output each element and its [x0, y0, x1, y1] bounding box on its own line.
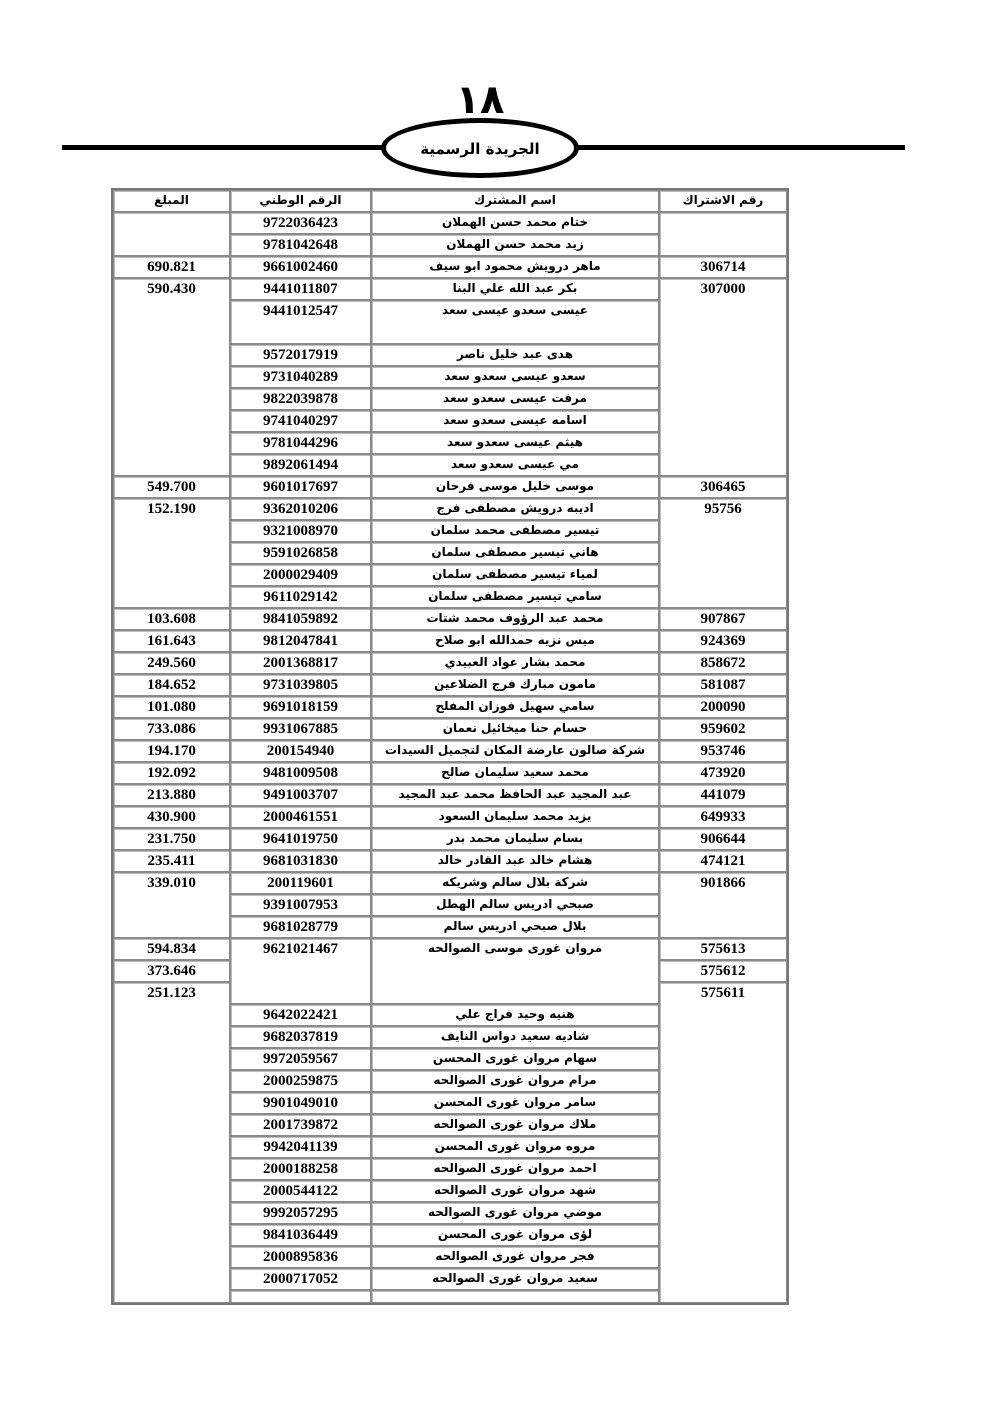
table-row-person: موضي مروان غورى الصوالحه	[371, 1202, 659, 1224]
amount-value: 339.010	[147, 873, 196, 893]
subscriber-name: تيسير مصطفى محمد سلمان	[431, 521, 600, 540]
subscriber-name: شركة صالون عارضة المكان لتجميل السيدات	[385, 741, 645, 760]
account-amount: 152.190	[113, 498, 230, 608]
subscriber-name: يزيد محمد سليمان السعود	[439, 807, 592, 826]
national-id: 9841059892	[263, 609, 338, 629]
national-id: 2000461551	[263, 807, 338, 827]
table-row-person: 9781042648	[230, 234, 371, 256]
national-id: 200154940	[267, 741, 335, 761]
account-subscription: 306465	[659, 476, 787, 498]
account-subscription: 575613	[659, 938, 787, 960]
subscriber-name: محمد بشار عواد العبيدي	[445, 653, 586, 672]
national-id: 2000188258	[263, 1159, 338, 1179]
account-subscription	[659, 212, 787, 256]
page-number: ١٨	[440, 80, 520, 120]
subscription-value: 858672	[701, 653, 746, 673]
table-row-person: 9572017919	[230, 344, 371, 366]
subscriber-name: سعدو عيسى سعدو سعد	[444, 367, 585, 386]
account-amount: 235.411	[113, 850, 230, 872]
amount-value: 152.190	[147, 499, 196, 519]
subscriber-name: عبد المجيد عبد الحافظ محمد عبد المجيد	[399, 785, 632, 804]
table-row-person: مروان غورى موسى الصوالحه	[371, 938, 659, 1004]
table-row-person: هاني تيسير مصطفى سلمان	[371, 542, 659, 564]
account-subscription: 474121	[659, 850, 787, 872]
subscriber-name: زيد محمد حسن الهملان	[446, 235, 584, 254]
subscription-value: 924369	[701, 631, 746, 651]
table-row-person: مرفت عيسى سعدو سعد	[371, 388, 659, 410]
table-row-person: 9901049010	[230, 1092, 371, 1114]
table-row-person: 9681028779	[230, 916, 371, 938]
national-id: 9812047841	[263, 631, 338, 651]
subscriber-name: ملاك مروان غورى الصوالحه	[434, 1115, 597, 1134]
amount-value: 161.643	[147, 631, 196, 651]
national-id: 2000544122	[263, 1181, 338, 1201]
account-amount: 594.834	[113, 938, 230, 960]
table-row-person: 9722036423	[230, 212, 371, 234]
account-amount: 101.080	[113, 696, 230, 718]
gazette-title: الجريدة الرسمية	[420, 140, 539, 158]
subscription-value: 575611	[701, 983, 745, 1003]
subscriber-name: ماهر درويش محمود ابو سيف	[429, 257, 600, 276]
national-id: 2001368817	[263, 653, 338, 673]
subscriber-name: شهد مروان غورى الصوالحه	[434, 1181, 596, 1200]
table-row-person: هنيه وحيد فراج علي	[371, 1004, 659, 1026]
national-id: 9781042648	[263, 235, 338, 255]
subscriber-name: سعيد مروان غورى الصوالحه	[432, 1269, 598, 1288]
national-id: 9591026858	[263, 543, 338, 563]
national-id: 2000895836	[263, 1247, 338, 1267]
national-id: 9681031830	[263, 851, 338, 871]
national-id: 9691018159	[263, 697, 338, 717]
account-subscription: 473920	[659, 762, 787, 784]
subscriber-name: اسامه عيسى سعدو سعد	[443, 411, 587, 430]
national-id: 9731039805	[263, 675, 338, 695]
table-row-person: 200154940	[230, 740, 371, 762]
account-amount: 549.700	[113, 476, 230, 498]
table-row-person: هشام خالد عبد القادر خالد	[371, 850, 659, 872]
account-subscription: 901866	[659, 872, 787, 938]
amount-value: 101.080	[147, 697, 196, 717]
table-row-person: 9362010206	[230, 498, 371, 520]
subscriber-name: احمد مروان غورى الصوالحه	[433, 1159, 596, 1178]
table-row-person: سعيد مروان غورى الصوالحه	[371, 1268, 659, 1290]
table-row-person: 2001368817	[230, 652, 371, 674]
table-row-person: 200119601	[230, 872, 371, 894]
subscription-value: 474121	[701, 851, 746, 871]
account-subscription: 907867	[659, 608, 787, 630]
header-rule-left	[62, 145, 387, 150]
table-row-person: 9731040289	[230, 366, 371, 388]
header-amount: المبلغ	[113, 190, 230, 212]
table-row-person: صبحي ادريس سالم الهطل	[371, 894, 659, 916]
national-id: 2000717052	[263, 1269, 338, 1289]
account-amount: 590.430	[113, 278, 230, 476]
table-row-person: 2000895836	[230, 1246, 371, 1268]
table-row-person: 9681031830	[230, 850, 371, 872]
subscriber-name: هيثم عيسى سعدو سعد	[447, 433, 583, 452]
account-amount: 184.652	[113, 674, 230, 696]
table-row-person: احمد مروان غورى الصوالحه	[371, 1158, 659, 1180]
national-id: 9572017919	[263, 345, 338, 365]
table-row-person: 2000544122	[230, 1180, 371, 1202]
national-id: 9841036449	[263, 1225, 338, 1245]
subscribers-table: المبلغ الرقم الوطني اسم المشترك رقم الاش…	[111, 188, 789, 1305]
table-row-person: 9942041139	[230, 1136, 371, 1158]
table-row-person: فجر مروان غورى الصوالحه	[371, 1246, 659, 1268]
national-id: 9681028779	[263, 917, 338, 937]
account-amount: 690.821	[113, 256, 230, 278]
subscriber-name: سهام مروان غورى المحسن	[433, 1049, 597, 1068]
subscription-value: 441079	[701, 785, 746, 805]
account-subscription: 95756	[659, 498, 787, 608]
table-row-person: بلال صبحي ادريس سالم	[371, 916, 659, 938]
subscription-value: 473920	[701, 763, 746, 783]
table-row-person: 9661002460	[230, 256, 371, 278]
table-row-person: عبد المجيد عبد الحافظ محمد عبد المجيد	[371, 784, 659, 806]
table-row-person: 9781044296	[230, 432, 371, 454]
subscriber-name: شاديه سعيد دواس النايف	[441, 1027, 589, 1046]
table-row-person: 9621021467	[230, 938, 371, 1004]
national-id: 9822039878	[263, 389, 338, 409]
amount-value: 194.170	[147, 741, 196, 761]
subscriber-name: محمد عبد الرؤوف محمد شتات	[426, 609, 603, 628]
subscription-value: 306465	[701, 477, 746, 497]
subscriber-name: هدى عبد خليل ناصر	[457, 345, 573, 364]
amount-value: 549.700	[147, 477, 196, 497]
national-id: 2000029409	[263, 565, 338, 585]
table-row-person: يزيد محمد سليمان السعود	[371, 806, 659, 828]
national-id: 9901049010	[263, 1093, 338, 1113]
national-id: 9722036423	[263, 213, 338, 233]
subscriber-name: مروان غورى موسى الصوالحه	[428, 939, 602, 958]
national-id: 9682037819	[263, 1027, 338, 1047]
table-row-person: 9822039878	[230, 388, 371, 410]
subscriber-name: لمياء تيسير مصطفى سلمان	[432, 565, 598, 584]
national-id: 9741040297	[263, 411, 338, 431]
national-id: 9601017697	[263, 477, 338, 497]
subscription-value: 901866	[701, 873, 746, 893]
account-amount: 733.086	[113, 718, 230, 740]
table-row-person: 9491003707	[230, 784, 371, 806]
national-id: 9972059567	[263, 1049, 338, 1069]
national-id: 9321008970	[263, 521, 338, 541]
table-row-person: 2000461551	[230, 806, 371, 828]
table-row-person: بسام سليمان محمد بدر	[371, 828, 659, 850]
table-row-person: 9601017697	[230, 476, 371, 498]
subscriber-name: عيسى سعدو عيسى سعد	[442, 301, 588, 320]
table-row-person: 9641019750	[230, 828, 371, 850]
table-row-person: بكر عبد الله علي البنا	[371, 278, 659, 300]
subscriber-name: بكر عبد الله علي البنا	[453, 279, 578, 298]
subscription-value: 649933	[701, 807, 746, 827]
account-subscription: 306714	[659, 256, 787, 278]
subscriber-name: حسام حنا ميخائيل نعمان	[443, 719, 587, 738]
table-row-person: سامي سهيل فوزان المفلح	[371, 696, 659, 718]
national-id: 2001739872	[263, 1115, 338, 1135]
table-row-person: 9992057295	[230, 1202, 371, 1224]
table-row-person: 2000717052	[230, 1268, 371, 1290]
amount-value: 690.821	[147, 257, 196, 277]
account-amount: 430.900	[113, 806, 230, 828]
subscription-value: 307000	[701, 279, 746, 299]
national-id: 9892061494	[263, 455, 338, 475]
header-rule-right	[573, 145, 905, 150]
table-row-person: 9841036449	[230, 1224, 371, 1246]
table-row-person	[371, 1290, 659, 1303]
table-row-person: 9841059892	[230, 608, 371, 630]
subscriber-name: مرفت عيسى سعدو سعد	[443, 389, 587, 408]
table-row-person: 9481009508	[230, 762, 371, 784]
table-row-person: 9892061494	[230, 454, 371, 476]
subscriber-name: سامي تيسير مصطفى سلمان	[428, 587, 602, 606]
subscriber-name: لؤى مروان غورى المحسن	[438, 1225, 592, 1244]
amount-value: 733.086	[147, 719, 196, 739]
table-row-person: 9591026858	[230, 542, 371, 564]
table-row-person: 9611029142	[230, 586, 371, 608]
national-id: 9362010206	[263, 499, 338, 519]
account-amount: 251.123	[113, 982, 230, 1303]
national-id: 9992057295	[263, 1203, 338, 1223]
subscriber-name: بلال صبحي ادريس سالم	[444, 917, 587, 936]
subscriber-name: مروه مروان غورى المحسن	[435, 1137, 596, 1156]
account-subscription: 581087	[659, 674, 787, 696]
subscription-value: 953746	[701, 741, 746, 761]
table-row-person: شركة صالون عارضة المكان لتجميل السيدات	[371, 740, 659, 762]
amount-value: 231.750	[147, 829, 196, 849]
subscriber-name: فجر مروان غورى الصوالحه	[435, 1247, 594, 1266]
table-row-person: 9691018159	[230, 696, 371, 718]
header-subscription-no-label: رقم الاشتراك	[683, 191, 764, 209]
account-subscription: 441079	[659, 784, 787, 806]
table-row-person: 9321008970	[230, 520, 371, 542]
subscriber-name: ختام محمد حسن الهملان	[442, 213, 588, 232]
subscriber-name: اديبه درويش مصطفى فرج	[436, 499, 593, 518]
subscriber-name: مي عيسى سعدو سعد	[451, 455, 579, 474]
account-amount: 192.092	[113, 762, 230, 784]
table-row-person: مامون مبارك فرج الضلاعين	[371, 674, 659, 696]
table-row-person: 2000029409	[230, 564, 371, 586]
table-row-person: محمد عبد الرؤوف محمد شتات	[371, 608, 659, 630]
national-id: 9621021467	[263, 939, 338, 959]
header-subscriber-name: اسم المشترك	[371, 190, 659, 212]
table-row-person: ملاك مروان غورى الصوالحه	[371, 1114, 659, 1136]
account-amount	[113, 212, 230, 256]
subscriber-name: شركة بلال سالم وشريكه	[442, 873, 588, 892]
table-row-person: مروه مروان غورى المحسن	[371, 1136, 659, 1158]
table-row-person: 2000259875	[230, 1070, 371, 1092]
table-row-person: سعدو عيسى سعدو سعد	[371, 366, 659, 388]
national-id: 9781044296	[263, 433, 338, 453]
amount-value: 590.430	[147, 279, 196, 299]
national-id: 9731040289	[263, 367, 338, 387]
table-row-person: اديبه درويش مصطفى فرج	[371, 498, 659, 520]
amount-value: 184.652	[147, 675, 196, 695]
subscription-value: 95756	[704, 499, 742, 519]
national-id: 200119601	[267, 873, 334, 893]
table-row-person: شاديه سعيد دواس النايف	[371, 1026, 659, 1048]
account-amount: 161.643	[113, 630, 230, 652]
table-row-person: محمد سعيد سليمان صالح	[371, 762, 659, 784]
table-row-person: زيد محمد حسن الهملان	[371, 234, 659, 256]
subscription-value: 200090	[701, 697, 746, 717]
table-row-person: 9441011807	[230, 278, 371, 300]
subscriber-name: موضي مروان غورى الصوالحه	[428, 1203, 602, 1222]
table-row-person: 9972059567	[230, 1048, 371, 1070]
subscription-value: 575613	[701, 939, 746, 959]
table-row-person: موسى خليل موسى فرحان	[371, 476, 659, 498]
subscription-value: 306714	[701, 257, 746, 277]
table-row-person: حسام حنا ميخائيل نعمان	[371, 718, 659, 740]
account-subscription: 959602	[659, 718, 787, 740]
subscriber-name: سامي سهيل فوزان المفلح	[435, 697, 594, 716]
table-row-person: محمد بشار عواد العبيدي	[371, 652, 659, 674]
amount-value: 430.900	[147, 807, 196, 827]
subscription-value: 581087	[701, 675, 746, 695]
table-row-person: شهد مروان غورى الصوالحه	[371, 1180, 659, 1202]
header-national-id-label: الرقم الوطني	[259, 191, 341, 209]
account-amount: 231.750	[113, 828, 230, 850]
account-subscription: 649933	[659, 806, 787, 828]
table-row-person: 9682037819	[230, 1026, 371, 1048]
amount-value: 103.608	[147, 609, 196, 629]
table-row-person: سامر مروان غورى المحسن	[371, 1092, 659, 1114]
subscriber-name: مرام مروان غورى الصوالحه	[433, 1071, 596, 1090]
account-amount: 194.170	[113, 740, 230, 762]
table-row-person: سامي تيسير مصطفى سلمان	[371, 586, 659, 608]
subscriber-name: صبحي ادريس سالم الهطل	[436, 895, 594, 914]
table-row-person: 9812047841	[230, 630, 371, 652]
table-row-person: 9391007953	[230, 894, 371, 916]
subscription-value: 575612	[701, 961, 746, 981]
national-id: 9611029142	[263, 587, 337, 607]
table-row-person: ماهر درويش محمود ابو سيف	[371, 256, 659, 278]
table-row-person: مرام مروان غورى الصوالحه	[371, 1070, 659, 1092]
table-row-person: هيثم عيسى سعدو سعد	[371, 432, 659, 454]
account-subscription: 575612	[659, 960, 787, 982]
subscriber-name: مامون مبارك فرج الضلاعين	[434, 675, 596, 694]
amount-value: 251.123	[147, 983, 196, 1003]
table-row-person: تيسير مصطفى محمد سلمان	[371, 520, 659, 542]
amount-value: 235.411	[148, 851, 196, 871]
table-row-person: ختام محمد حسن الهملان	[371, 212, 659, 234]
table-row-person: هدى عبد خليل ناصر	[371, 344, 659, 366]
national-id: 9441011807	[263, 279, 337, 299]
amount-value: 192.092	[147, 763, 196, 783]
table-row-person	[230, 1290, 371, 1303]
table-row-person: 9931067885	[230, 718, 371, 740]
subscriber-name: ميس نزيه حمدالله ابو صلاح	[435, 631, 595, 650]
header-subscriber-name-label: اسم المشترك	[474, 191, 556, 209]
table-row-person: لمياء تيسير مصطفى سلمان	[371, 564, 659, 586]
account-subscription: 906644	[659, 828, 787, 850]
national-id: 9661002460	[263, 257, 338, 277]
header-national-id: الرقم الوطني	[230, 190, 371, 212]
account-amount: 339.010	[113, 872, 230, 938]
table-row-person: 9441012547	[230, 300, 371, 344]
account-amount: 103.608	[113, 608, 230, 630]
table-row-person: 9741040297	[230, 410, 371, 432]
amount-value: 249.560	[147, 653, 196, 673]
table-row-person: شركة بلال سالم وشريكه	[371, 872, 659, 894]
national-id: 9931067885	[263, 719, 338, 739]
table-row-person: 2000188258	[230, 1158, 371, 1180]
table-row-person: اسامه عيسى سعدو سعد	[371, 410, 659, 432]
subscriber-name: بسام سليمان محمد بدر	[447, 829, 583, 848]
national-id: 9942041139	[263, 1137, 337, 1157]
account-amount: 373.646	[113, 960, 230, 982]
account-subscription: 858672	[659, 652, 787, 674]
account-subscription: 200090	[659, 696, 787, 718]
subscription-value: 907867	[701, 609, 746, 629]
subscription-value: 959602	[701, 719, 746, 739]
subscriber-name: موسى خليل موسى فرحان	[436, 477, 594, 496]
amount-value: 373.646	[147, 961, 196, 981]
national-id: 2000259875	[263, 1071, 338, 1091]
account-subscription: 307000	[659, 278, 787, 476]
amount-value: 213.880	[147, 785, 196, 805]
subscriber-name: سامر مروان غورى المحسن	[434, 1093, 596, 1112]
amount-value: 594.834	[147, 939, 196, 959]
table-row-person: 9642022421	[230, 1004, 371, 1026]
national-id: 9642022421	[263, 1005, 338, 1025]
table-row-person: 2001739872	[230, 1114, 371, 1136]
account-amount: 249.560	[113, 652, 230, 674]
national-id: 9641019750	[263, 829, 338, 849]
table-row-person: 9731039805	[230, 674, 371, 696]
account-subscription: 953746	[659, 740, 787, 762]
gazette-title-oval: الجريدة الرسمية	[381, 118, 579, 178]
national-id: 9491003707	[263, 785, 338, 805]
national-id: 9441012547	[263, 301, 338, 321]
subscriber-name: هاني تيسير مصطفى سلمان	[431, 543, 598, 562]
account-subscription: 575611	[659, 982, 787, 1303]
subscriber-name: هشام خالد عبد القادر خالد	[438, 851, 593, 870]
account-subscription: 924369	[659, 630, 787, 652]
table-row-person: سهام مروان غورى المحسن	[371, 1048, 659, 1070]
subscription-value: 906644	[701, 829, 746, 849]
table-row-person: ميس نزيه حمدالله ابو صلاح	[371, 630, 659, 652]
account-amount: 213.880	[113, 784, 230, 806]
table-row-person: لؤى مروان غورى المحسن	[371, 1224, 659, 1246]
table-row-person: عيسى سعدو عيسى سعد	[371, 300, 659, 344]
header-amount-label: المبلغ	[154, 191, 189, 209]
table-row-person: مي عيسى سعدو سعد	[371, 454, 659, 476]
subscriber-name: محمد سعيد سليمان صالح	[441, 763, 589, 782]
national-id: 9481009508	[263, 763, 338, 783]
subscriber-name: هنيه وحيد فراج علي	[455, 1005, 574, 1024]
header-subscription-no: رقم الاشتراك	[659, 190, 787, 212]
national-id: 9391007953	[263, 895, 338, 915]
